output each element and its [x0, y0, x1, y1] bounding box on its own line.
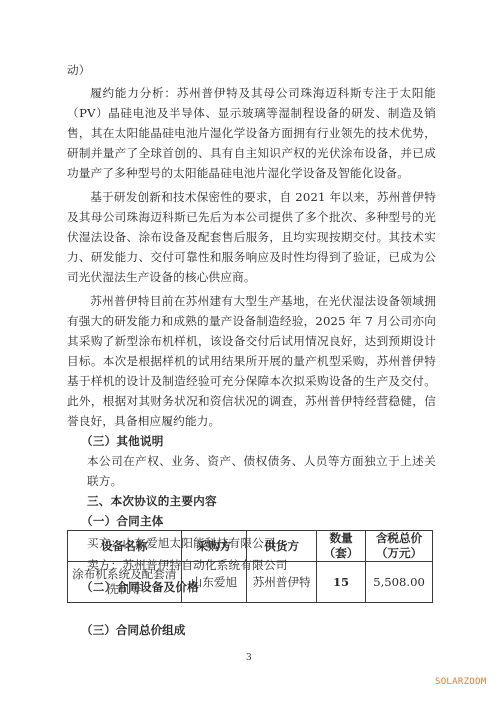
header-equipment-name-label: 设备名称	[101, 539, 147, 553]
document-body: 动） 履约能力分析：苏州普伊特及其母公司珠海迈科斯专注于太阳能（PV）晶硅电池及…	[67, 60, 436, 597]
heading-other-notes: （三）其他说明	[67, 431, 436, 451]
header-purchaser-label: 采购方	[197, 539, 232, 553]
cell-supplier: 苏州普伊特	[247, 562, 317, 603]
header-total-price-unit: （万元）	[376, 546, 422, 560]
cell-quantity: 15	[317, 562, 366, 603]
header-supplier-label: 供货方	[264, 539, 299, 553]
page-number: 3	[246, 653, 252, 663]
header-equipment-name: 设备名称	[68, 531, 182, 562]
paragraph-independence: 本公司在产权、业务、资产、债权债务、人员等方面独立于上述关联方。	[67, 451, 436, 491]
paragraph-capability-analysis: 履约能力分析：苏州普伊特及其母公司珠海迈科斯专注于太阳能（PV）晶硅电池及半导体…	[67, 83, 436, 183]
header-supplier: 供货方	[247, 531, 317, 562]
heading-contract-parties: （一）合同主体	[67, 511, 436, 531]
header-purchaser: 采购方	[181, 531, 247, 562]
header-total-price: 含税总价 （万元）	[366, 531, 433, 562]
header-total-price-label: 含税总价	[376, 531, 422, 545]
table-row: 涂布机系统及配套清洗机等 山东爱旭 苏州普伊特 15 5,508.00	[68, 562, 433, 603]
cell-purchaser: 山东爱旭	[181, 562, 247, 603]
paragraph-rd-cooperation: 基于研发创新和技术保密性的要求，自 2021 年以来，苏州普伊特及其母公司珠海迈…	[67, 187, 436, 287]
table-header-row: 设备名称 采购方 供货方 数量 （套） 含税总价 （万元）	[68, 531, 433, 562]
solarzoom-watermark: SOLARZOOM	[435, 677, 486, 687]
header-quantity: 数量 （套）	[317, 531, 366, 562]
cell-total-price: 5,508.00	[366, 562, 433, 603]
cell-equipment-name: 涂布机系统及配套清洗机等	[68, 562, 182, 603]
document-page: 动） 履约能力分析：苏州普伊特及其母公司珠海迈科斯专注于太阳能（PV）晶硅电池及…	[0, 0, 500, 707]
continuation-line: 动）	[67, 60, 436, 80]
heading-price-composition: （三）合同总价组成	[81, 620, 185, 640]
header-quantity-label: 数量	[329, 531, 352, 545]
equipment-price-table: 设备名称 采购方 供货方 数量 （套） 含税总价 （万元）	[67, 530, 433, 603]
heading-agreement-content: 三、本次协议的主要内容	[67, 491, 436, 511]
paragraph-production-base: 苏州普伊特目前在苏州建有大型生产基地，在光伏湿法设备领域拥有强大的研发能力和成熟…	[67, 291, 436, 431]
header-quantity-unit: （套）	[324, 546, 359, 560]
